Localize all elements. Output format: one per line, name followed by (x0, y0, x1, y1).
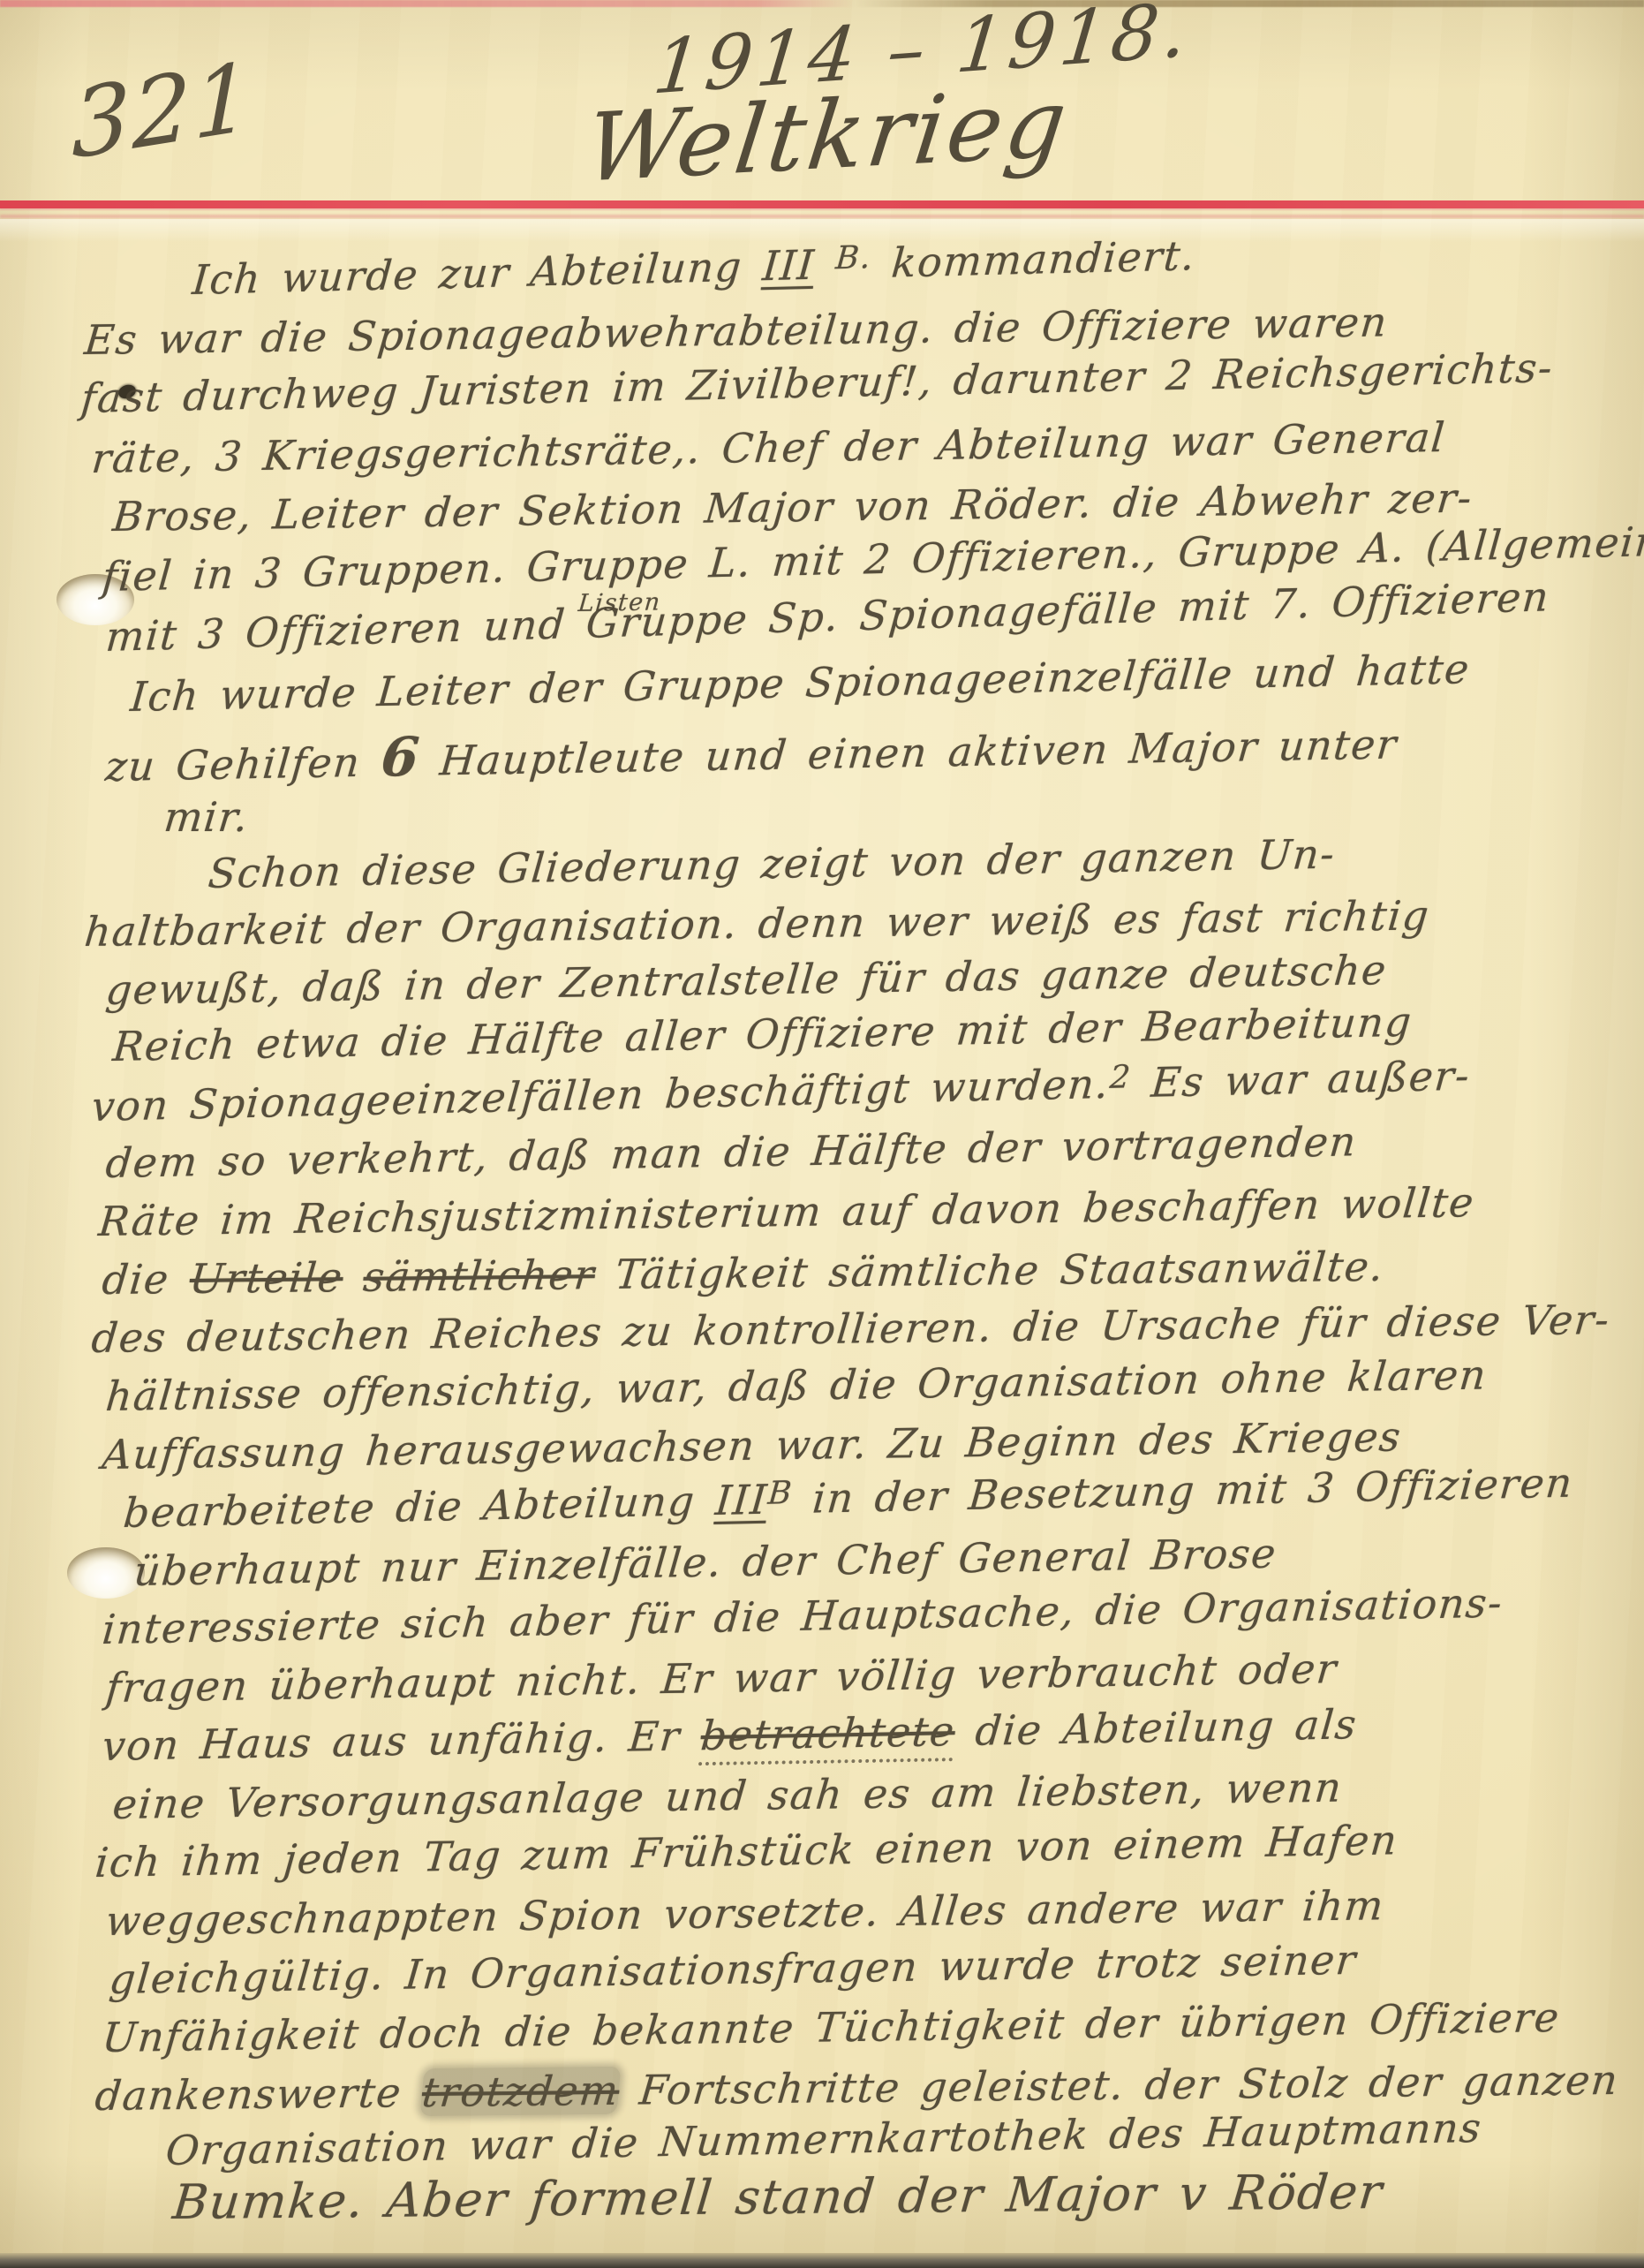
manuscript-line: Unfähigkeit doch die bekannte Tüchtigkei… (101, 1993, 1563, 2061)
manuscript-line: weggeschnappten Spion vorsetzte. Alles a… (103, 1881, 1386, 1945)
manuscript-line: ich ihm jeden Tag zum Frühstück einen vo… (94, 1816, 1400, 1886)
manuscript-line: fragen überhaupt nicht. Er war völlig ve… (104, 1644, 1340, 1712)
manuscript-page: 321 1914 – 1918. Weltkrieg Ich wurde zur… (0, 0, 1644, 2268)
manuscript-line: mir. (162, 793, 252, 841)
manuscript-line: räte, 3 Kriegsgerichtsräte,. Chef der Ab… (90, 413, 1448, 482)
manuscript-line: überhaupt nur Einzelfälle. der Chef Gene… (132, 1530, 1279, 1595)
manuscript-line: haltbarkeit der Organisation. denn wer w… (82, 891, 1431, 956)
scan-bottom-edge (0, 2253, 1644, 2268)
manuscript-line: gleichgültig. In Organisationsfragen wur… (108, 1936, 1359, 2003)
manuscript-line: die Urteile sämtlicher Tätigkeit sämtlic… (100, 1243, 1386, 1304)
page-number: 321 (72, 42, 253, 180)
manuscript-line: dem so verkehrt, daß man die Hälfte der … (104, 1117, 1360, 1187)
manuscript-line: Ich wurde zur Abteilung III B. kommandie… (191, 231, 1197, 304)
paper-light-band (0, 219, 1644, 242)
manuscript-line: eine Versorgungsanlage und sah es am lie… (111, 1764, 1345, 1829)
manuscript-line: Ich wurde Leiter der Gruppe Spionageeinz… (129, 645, 1472, 721)
scan-top-edge (0, 0, 1644, 7)
red-ruled-line (0, 200, 1644, 208)
manuscript-line: Schon diese Gliederung zeigt von der gan… (207, 830, 1338, 897)
manuscript-line: hältnisse offensichtig, war, daß die Org… (104, 1350, 1489, 1420)
manuscript-line: zu Gehilfen 6 Hauptleute und einen aktiv… (103, 708, 1400, 794)
red-ruled-line-echo (0, 215, 1644, 218)
manuscript-line: von Haus aus unfähig. Er betrachtete die… (101, 1700, 1360, 1770)
manuscript-line: Bumke. Aber formell stand der Major v Rö… (170, 2164, 1385, 2230)
manuscript-line: Räte im Reichsjustizministerium auf davo… (97, 1178, 1477, 1245)
